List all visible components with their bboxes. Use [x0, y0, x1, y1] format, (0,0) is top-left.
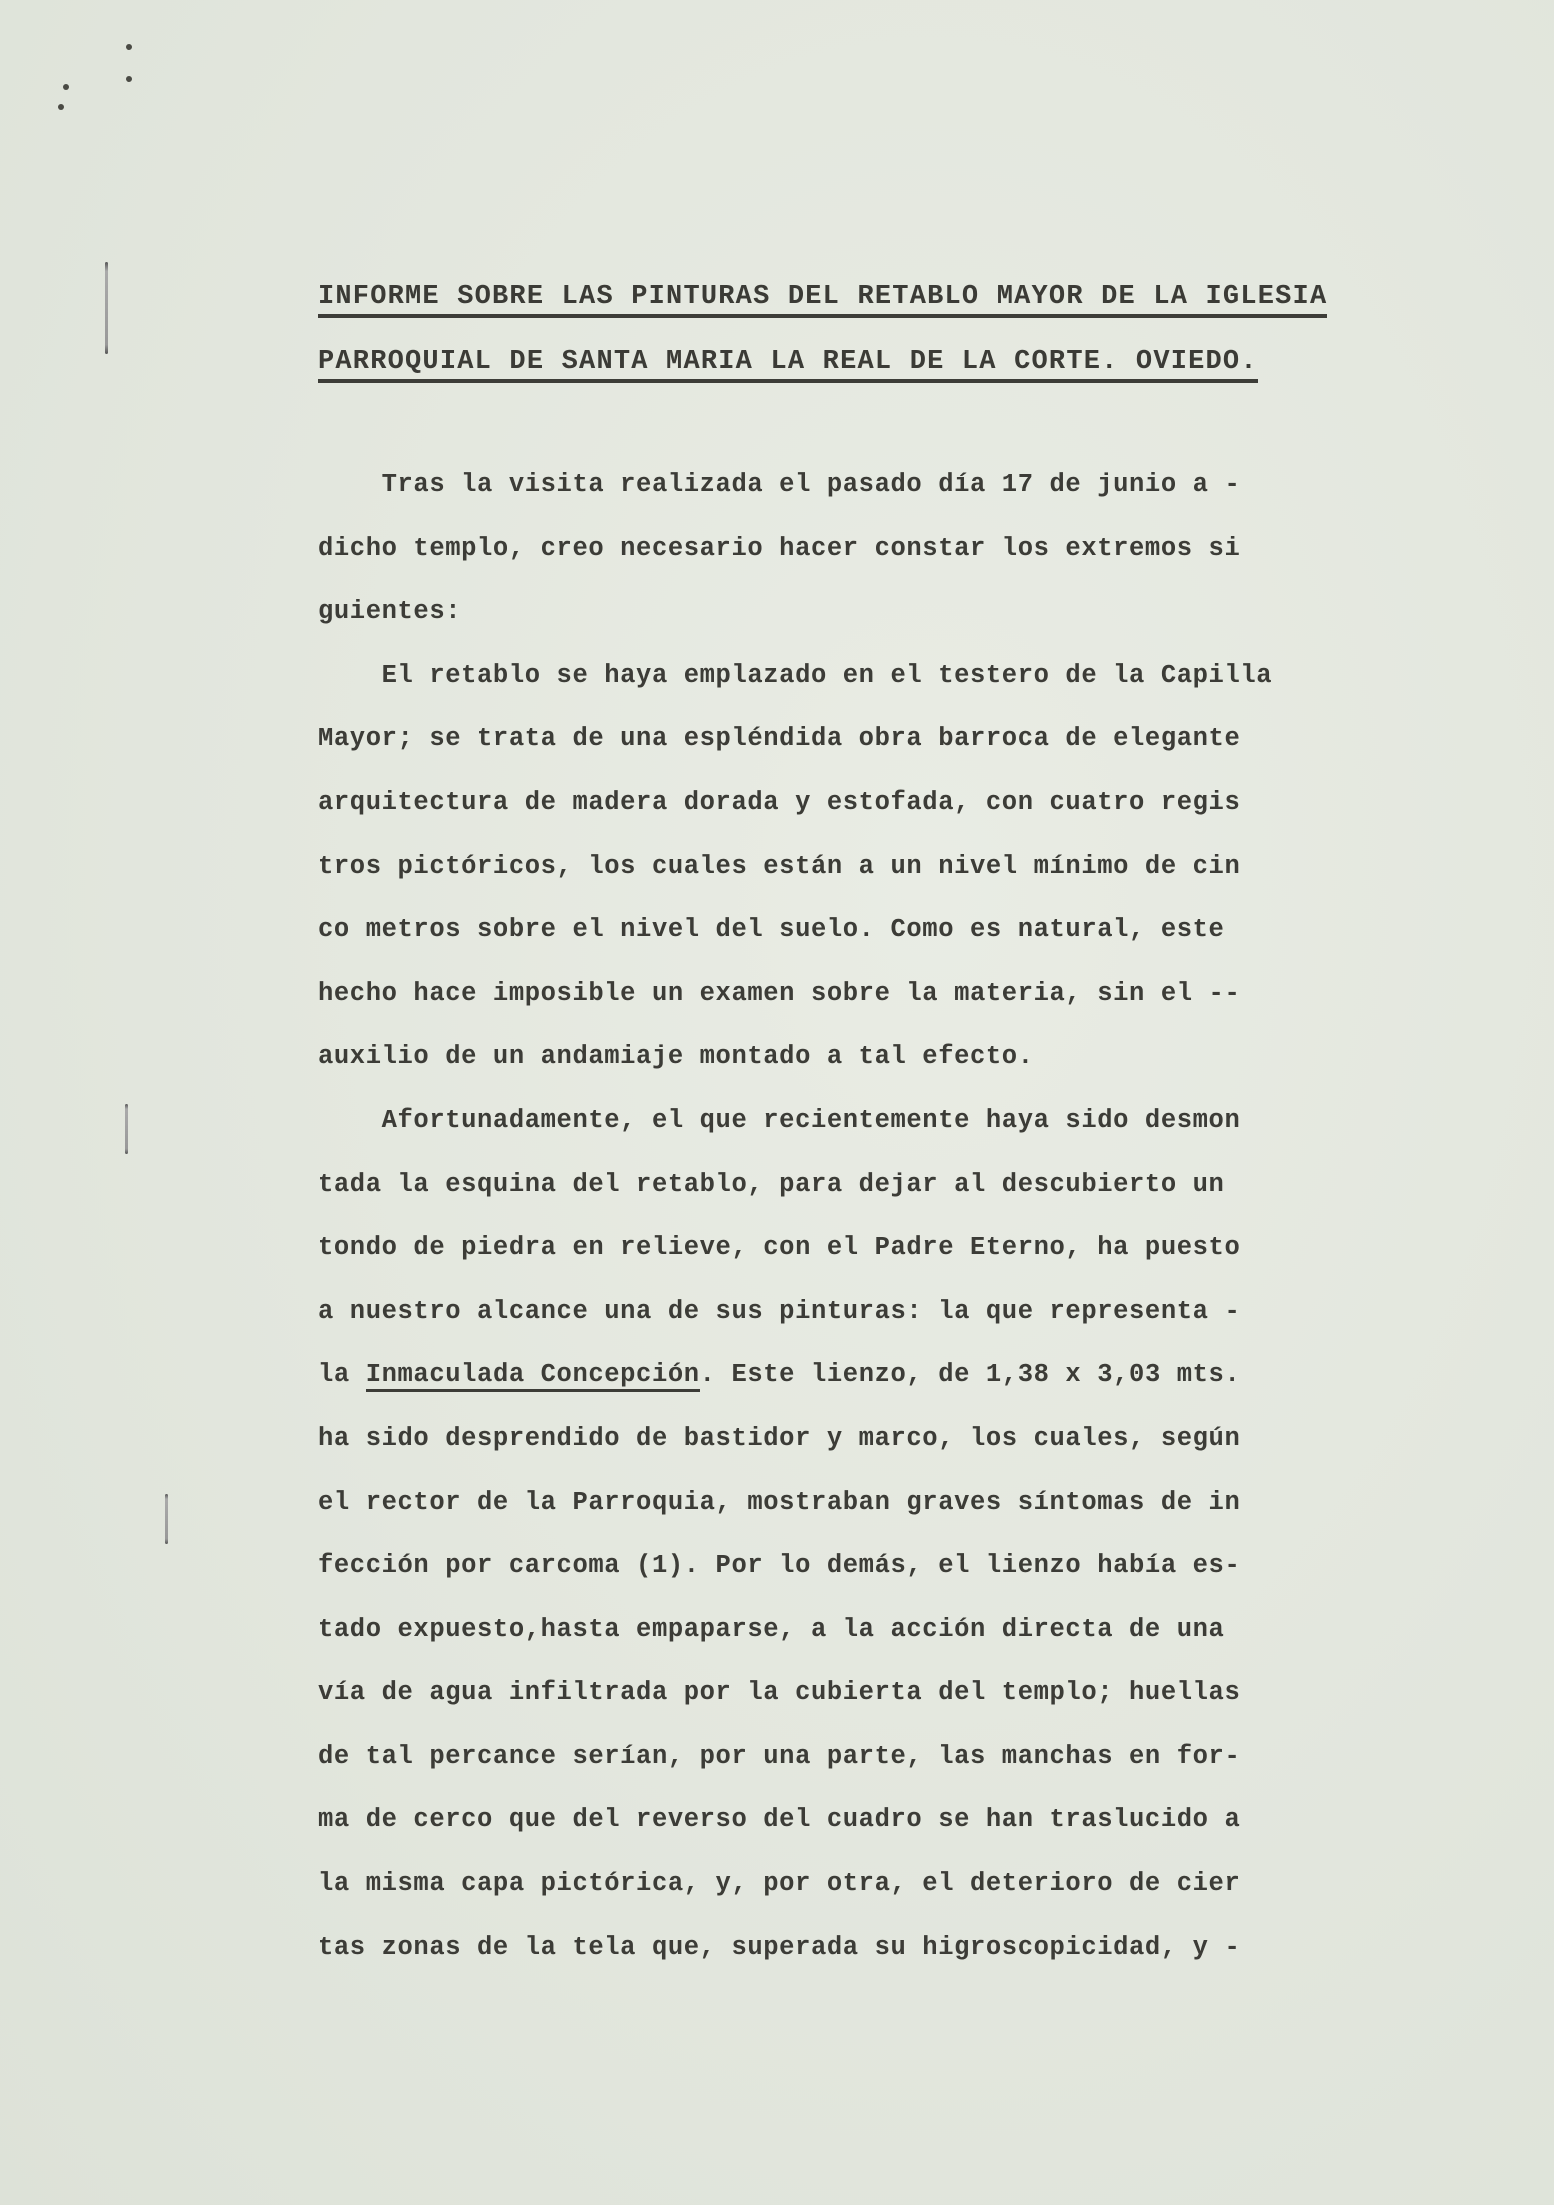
text-line: fección por carcoma (1). Por lo demás, e… — [318, 1546, 1458, 1610]
text-line: Tras la visita realizada el pasado día 1… — [318, 465, 1458, 529]
text-line: tada la esquina del retablo, para dejar … — [318, 1165, 1458, 1229]
staple-mark — [165, 1494, 168, 1544]
text-line: Afortunadamente, el que recientemente ha… — [318, 1101, 1458, 1165]
text-line: de tal percance serían, por una parte, l… — [318, 1737, 1458, 1801]
text-line: ma de cerco que del reverso del cuadro s… — [318, 1800, 1458, 1864]
text-line: hecho hace imposible un examen sobre la … — [318, 974, 1458, 1038]
underlined-term: Inmaculada Concepción — [366, 1360, 700, 1392]
text-line: tado expuesto,hasta empaparse, a la acci… — [318, 1610, 1458, 1674]
staple-mark — [125, 1104, 128, 1154]
text-segment: la — [318, 1360, 366, 1389]
text-line: Mayor; se trata de una espléndida obra b… — [318, 719, 1458, 783]
text-line: auxilio de un andamiaje montado a tal ef… — [318, 1037, 1458, 1101]
title-line-1: INFORME SOBRE LAS PINTURAS DEL RETABLO M… — [318, 282, 1327, 318]
text-line: dicho templo, creo necesario hacer const… — [318, 529, 1458, 593]
punch-hole — [126, 44, 132, 50]
punch-hole — [58, 104, 64, 110]
text-line: guientes: — [318, 592, 1458, 656]
punch-hole — [126, 76, 132, 82]
document-body: Tras la visita realizada el pasado día 1… — [318, 465, 1458, 1991]
title-line-2: PARROQUIAL DE SANTA MARIA LA REAL DE LA … — [318, 347, 1258, 383]
text-line: co metros sobre el nivel del suelo. Como… — [318, 910, 1458, 974]
staple-mark — [105, 262, 108, 354]
text-line: ha sido desprendido de bastidor y marco,… — [318, 1419, 1458, 1483]
text-line: la Inmaculada Concepción. Este lienzo, d… — [318, 1355, 1458, 1419]
document-title: INFORME SOBRE LAS PINTURAS DEL RETABLO M… — [318, 276, 1458, 406]
text-line: la misma capa pictórica, y, por otra, el… — [318, 1864, 1458, 1928]
text-line: tas zonas de la tela que, superada su hi… — [318, 1928, 1458, 1992]
punch-hole — [63, 84, 69, 90]
document-page: INFORME SOBRE LAS PINTURAS DEL RETABLO M… — [0, 0, 1554, 2205]
text-line: vía de agua infiltrada por la cubierta d… — [318, 1673, 1458, 1737]
text-line: El retablo se haya emplazado en el teste… — [318, 656, 1458, 720]
text-segment: . Este lienzo, de 1,38 x 3,03 mts. — [700, 1360, 1241, 1389]
text-line: el rector de la Parroquia, mostraban gra… — [318, 1483, 1458, 1547]
text-line: tondo de piedra en relieve, con el Padre… — [318, 1228, 1458, 1292]
text-line: a nuestro alcance una de sus pinturas: l… — [318, 1292, 1458, 1356]
text-line: tros pictóricos, los cuales están a un n… — [318, 847, 1458, 911]
text-line: arquitectura de madera dorada y estofada… — [318, 783, 1458, 847]
